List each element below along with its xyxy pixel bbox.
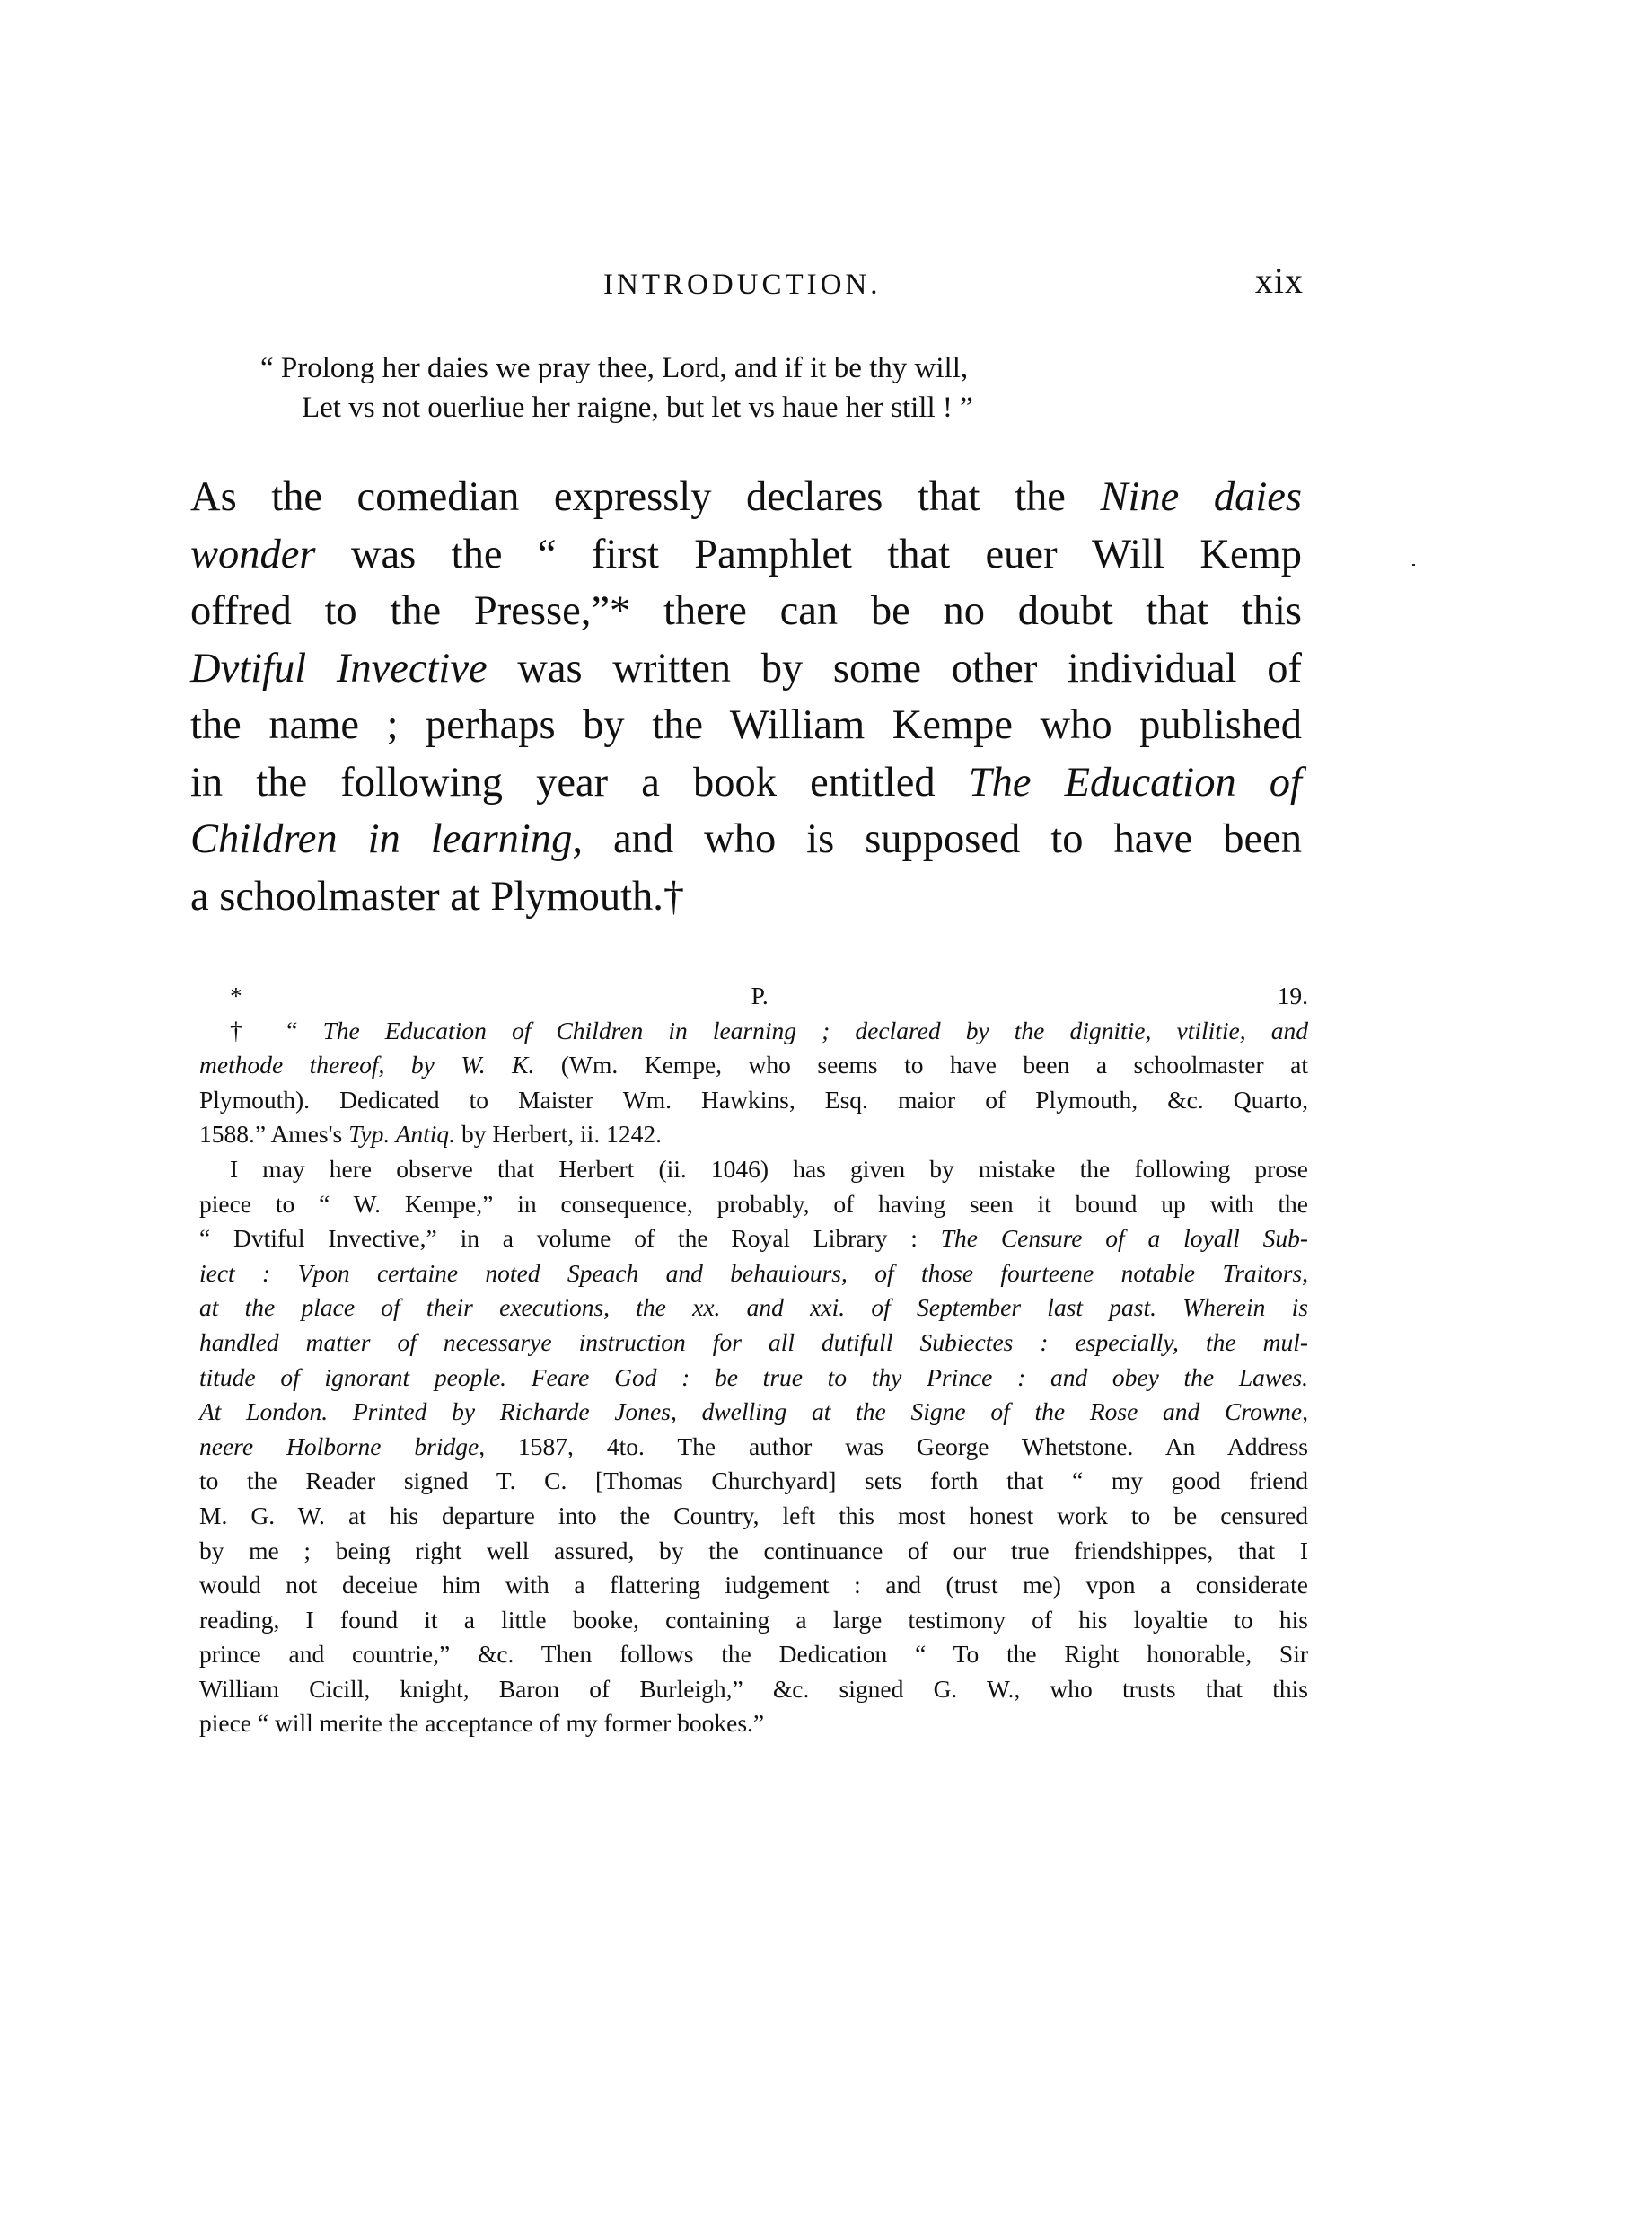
running-head-title: INTRODUCTION. bbox=[603, 262, 882, 307]
text-line: piece “ will merite the acceptance of my… bbox=[199, 1706, 1308, 1741]
text-line: the name ; perhaps by the William Kempe … bbox=[190, 697, 1302, 754]
text-line: neere Holborne bridge, 1587, 4to. The au… bbox=[199, 1430, 1308, 1465]
text-line: by me ; being right well assured, by the… bbox=[199, 1534, 1308, 1569]
text-run: William Cicill, knight, Baron of Burleig… bbox=[199, 1675, 1308, 1703]
verse-line: Let vs not ouerliue her raigne, but let … bbox=[260, 388, 973, 427]
text-line: to the Reader signed T. C. [Thomas Churc… bbox=[199, 1464, 1308, 1499]
text-run: , 1587, 4to. The author was George Whets… bbox=[479, 1432, 1308, 1460]
text-line: Plymouth). Dedicated to Maister Wm. Hawk… bbox=[199, 1083, 1308, 1118]
text-line: handled matter of necessarye instruction… bbox=[199, 1326, 1308, 1361]
text-run: (Wm. Kempe, who seems to have been a sch… bbox=[534, 1051, 1308, 1079]
text-run: I may here observe that Herbert (ii. 104… bbox=[230, 1155, 1308, 1183]
text-line: I may here observe that Herbert (ii. 104… bbox=[199, 1152, 1308, 1187]
italic-title-text: At London. Printed by Richarde Jones, dw… bbox=[199, 1397, 1308, 1425]
text-run: reading, I found it a little booke, cont… bbox=[199, 1606, 1308, 1634]
italic-title-text: iect : Vpon certaine noted Speach and be… bbox=[199, 1259, 1308, 1287]
text-line: As the comedian expressly declares that … bbox=[190, 469, 1302, 526]
text-run: in the following year a book entitled bbox=[190, 760, 969, 806]
text-line: prince and countrie,” &c. Then follows t… bbox=[199, 1637, 1308, 1672]
text-run: prince and countrie,” &c. Then follows t… bbox=[199, 1640, 1308, 1668]
text-run: offred to the Presse,”* there can be no … bbox=[190, 588, 1302, 634]
text-run: was the “ first Pamphlet that euer Will … bbox=[316, 532, 1303, 577]
running-head: INTRODUCTION. xix bbox=[190, 262, 1304, 307]
text-run: 1588.” Ames's bbox=[199, 1120, 348, 1148]
italic-title-text: Nine daies bbox=[1100, 474, 1302, 520]
italic-title-text: The Education of Children in learning ; … bbox=[322, 1017, 1308, 1044]
footnote-star-text: P. 19. bbox=[751, 982, 1308, 1009]
verse-line: “ Prolong her daies we pray thee, Lord, … bbox=[260, 348, 973, 388]
text-line: at the place of their executions, the xx… bbox=[199, 1291, 1308, 1326]
footnote-marker-asterisk: * bbox=[230, 982, 242, 1009]
footnotes: * P. 19. † “ The Education of Children i… bbox=[199, 979, 1308, 1741]
text-run: would not deceiue him with a flattering … bbox=[199, 1571, 1308, 1599]
text-run: , and who is supposed to have been bbox=[572, 816, 1302, 862]
italic-title-text: handled matter of necessarye instruction… bbox=[199, 1328, 1308, 1356]
text-line: reading, I found it a little booke, cont… bbox=[199, 1603, 1308, 1638]
text-line: piece to “ W. Kempe,” in consequence, pr… bbox=[199, 1187, 1308, 1222]
page-number: xix bbox=[1255, 259, 1304, 304]
italic-title-text: The Education of bbox=[969, 760, 1302, 806]
text-line: 1588.” Ames's Typ. Antiq. by Herbert, ii… bbox=[199, 1117, 1308, 1152]
text-run: by Herbert, ii. 1242. bbox=[455, 1120, 662, 1148]
main-paragraph: As the comedian expressly declares that … bbox=[190, 469, 1302, 925]
footnote-observation: I may here observe that Herbert (ii. 104… bbox=[199, 1152, 1308, 1741]
text-run: was written by some other individual of bbox=[488, 646, 1302, 692]
text-run: Plymouth). Dedicated to Maister Wm. Hawk… bbox=[199, 1086, 1308, 1114]
italic-title-text: Typ. Antiq. bbox=[348, 1120, 455, 1148]
text-line: offred to the Presse,”* there can be no … bbox=[190, 583, 1302, 640]
text-run: the name ; perhaps by the William Kempe … bbox=[190, 702, 1302, 748]
text-line: a schoolmaster at Plymouth.† bbox=[190, 868, 1302, 926]
book-page: INTRODUCTION. xix “ Prolong her daies we… bbox=[0, 0, 1652, 2220]
text-line: At London. Printed by Richarde Jones, dw… bbox=[199, 1395, 1308, 1430]
text-line: would not deceiue him with a flattering … bbox=[199, 1568, 1308, 1603]
text-line: William Cicill, knight, Baron of Burleig… bbox=[199, 1672, 1308, 1707]
text-run: † “ bbox=[230, 1017, 322, 1044]
text-run: a schoolmaster at Plymouth.† bbox=[190, 874, 684, 920]
italic-title-text: The Censure of a loyall Sub- bbox=[941, 1224, 1308, 1252]
text-line: Children in learning, and who is suppose… bbox=[190, 811, 1302, 868]
italic-title-text: at the place of their executions, the xx… bbox=[199, 1293, 1308, 1321]
text-run: piece to “ W. Kempe,” in consequence, pr… bbox=[199, 1190, 1308, 1218]
text-line: M. G. W. at his departure into the Count… bbox=[199, 1499, 1308, 1534]
text-line: in the following year a book entitled Th… bbox=[190, 754, 1302, 812]
text-line: Dvtiful Invective was written by some ot… bbox=[190, 640, 1302, 698]
italic-title-text: methode thereof, by W. K. bbox=[199, 1051, 534, 1079]
text-run: M. G. W. at his departure into the Count… bbox=[199, 1502, 1308, 1529]
text-run: piece “ will merite the acceptance of my… bbox=[199, 1709, 764, 1737]
text-line: iect : Vpon certaine noted Speach and be… bbox=[199, 1256, 1308, 1291]
text-line: wonder was the “ first Pamphlet that eue… bbox=[190, 526, 1302, 584]
text-line: methode thereof, by W. K. (Wm. Kempe, wh… bbox=[199, 1048, 1308, 1083]
italic-title-text: Dvtiful Invective bbox=[190, 646, 488, 692]
text-line: “ Dvtiful Invective,” in a volume of the… bbox=[199, 1221, 1308, 1256]
italic-title-text: Children in learning bbox=[190, 816, 572, 862]
italic-title-text: wonder bbox=[190, 532, 316, 577]
verse-quotation: “ Prolong her daies we pray thee, Lord, … bbox=[260, 348, 973, 427]
text-run: to the Reader signed T. C. [Thomas Churc… bbox=[199, 1467, 1308, 1494]
text-line: † “ The Education of Children in learnin… bbox=[199, 1014, 1308, 1049]
footnote-dagger: † “ The Education of Children in learnin… bbox=[199, 1014, 1308, 1152]
italic-title-text: neere Holborne bridge bbox=[199, 1432, 479, 1460]
text-line: titude of ignorant people. Feare God : b… bbox=[199, 1361, 1308, 1396]
text-run: As the comedian expressly declares that … bbox=[190, 474, 1100, 520]
text-run: by me ; being right well assured, by the… bbox=[199, 1537, 1308, 1564]
footnote-star: * P. 19. bbox=[199, 979, 1308, 1014]
text-run: “ Dvtiful Invective,” in a volume of the… bbox=[199, 1224, 941, 1252]
scan-speck bbox=[1412, 564, 1415, 566]
italic-title-text: titude of ignorant people. Feare God : b… bbox=[199, 1363, 1308, 1391]
